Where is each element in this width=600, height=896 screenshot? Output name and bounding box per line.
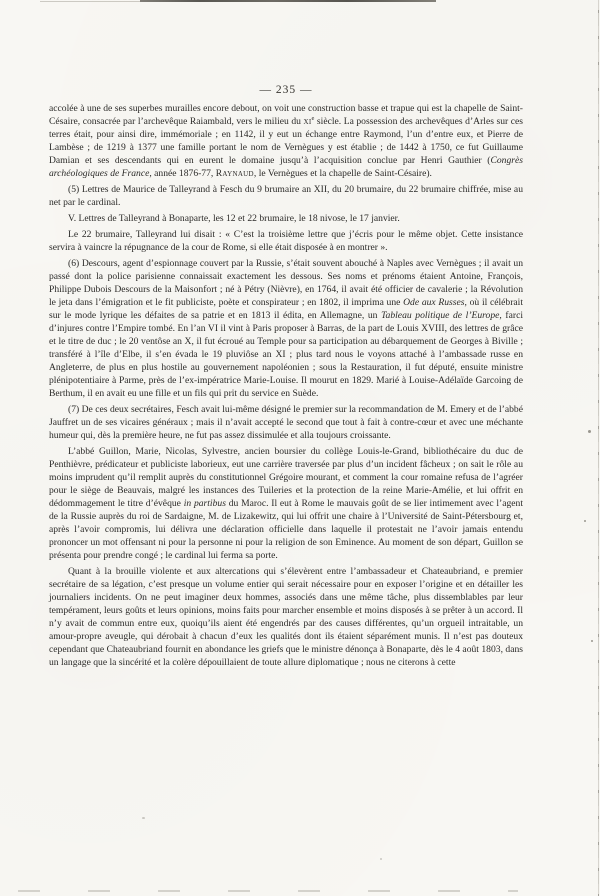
scan-artifact-right-edge-line — [598, 0, 599, 896]
scanned-book-page: — 235 — accolée à une de ses superbes mu… — [0, 0, 600, 896]
text-run-sc: Raynaud — [216, 168, 254, 179]
paragraph-footnote-7-guillon: L’abbé Guillon, Marie, Nicolas, Sylvestr… — [49, 445, 523, 562]
paragraph-footnote-6-descours: (6) Descours, agent d’espionnage couvert… — [49, 257, 523, 400]
text-run: Le 22 brumaire, Talleyrand lui disait : … — [49, 229, 523, 253]
text-run: V. Lettres de Talleyrand à Bonaparte, le… — [68, 213, 400, 224]
text-run: Quant à la brouille violente et aux alte… — [49, 566, 523, 668]
scan-speck — [142, 817, 145, 819]
paragraph-footnote-7-brouille: Quant à la brouille violente et aux alte… — [49, 565, 523, 669]
text-run-i: Tableau politique de l’Europe — [381, 310, 499, 321]
text-run: , année 1876-77, — [149, 168, 215, 179]
page-body: accolée à une de ses superbes murailles … — [49, 102, 523, 669]
page-number: — 235 — — [49, 0, 523, 96]
text-run-i: Ode aux Russes — [403, 297, 464, 308]
text-run: , le Vernègues et la chapelle de Saint-C… — [254, 168, 432, 179]
paragraph-footnote-7-secretaires: (7) De ces deux secrétaires, Fesch avait… — [49, 403, 523, 442]
paragraph-footnote-5-citation: Le 22 brumaire, Talleyrand lui disait : … — [49, 228, 523, 254]
text-run: (7) De ces deux secrétaires, Fesch avait… — [49, 404, 523, 441]
scan-speck — [584, 520, 586, 522]
text-run-sc: xi — [304, 116, 312, 127]
paragraph-note-vernegues-continuation: accolée à une de ses superbes murailles … — [49, 102, 523, 180]
scan-speck — [380, 858, 382, 860]
scan-speck — [588, 430, 591, 433]
text-run: (5) Lettres de Maurice de Talleyrand à F… — [49, 184, 523, 208]
text-run: , farci d’injures contre l’Empire tombé.… — [49, 310, 523, 399]
paragraph-footnote-5: (5) Lettres de Maurice de Talleyrand à F… — [49, 183, 523, 209]
text-run-i: in partibus — [184, 498, 226, 509]
scan-speck — [591, 640, 593, 642]
paragraph-footnote-5-voir: V. Lettres de Talleyrand à Bonaparte, le… — [49, 212, 523, 225]
scan-artifact-bottom-streak — [18, 890, 518, 892]
